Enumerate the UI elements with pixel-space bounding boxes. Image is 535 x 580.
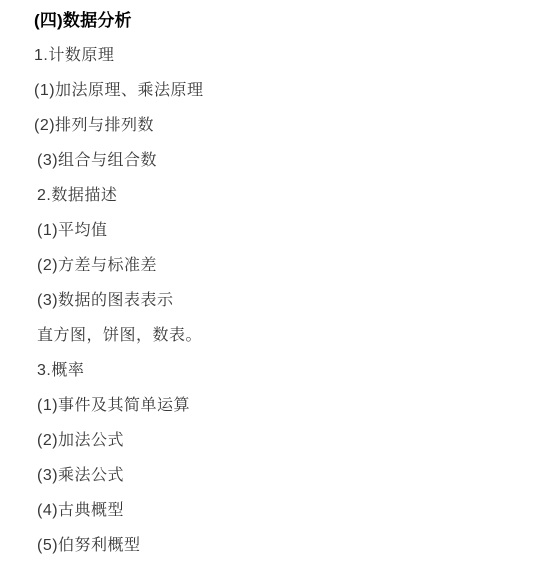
doc-line: 1.计数原理 [34, 47, 535, 63]
doc-line: (2)方差与标准差 [34, 257, 535, 273]
doc-line: (2)排列与排列数 [34, 117, 535, 133]
doc-line: (4)古典概型 [34, 502, 535, 518]
doc-line: (1)事件及其简单运算 [34, 397, 535, 413]
doc-line: (3)组合与组合数 [34, 152, 535, 168]
doc-line: (3)数据的图表表示 [34, 292, 535, 308]
doc-line: (2)加法公式 [34, 432, 535, 448]
doc-line: 直方图，饼图，数表。 [34, 327, 535, 343]
doc-line: (1)平均值 [34, 222, 535, 238]
document-page: (四)数据分析 1.计数原理 (1)加法原理、乘法原理 (2)排列与排列数 (3… [0, 0, 535, 580]
section-heading: (四)数据分析 [34, 12, 535, 28]
doc-line: 3.概率 [34, 362, 535, 378]
doc-line: (3)乘法公式 [34, 467, 535, 483]
doc-line: (5)伯努利概型 [34, 537, 535, 553]
doc-line: (1)加法原理、乘法原理 [34, 82, 535, 98]
doc-line: 2.数据描述 [34, 187, 535, 203]
